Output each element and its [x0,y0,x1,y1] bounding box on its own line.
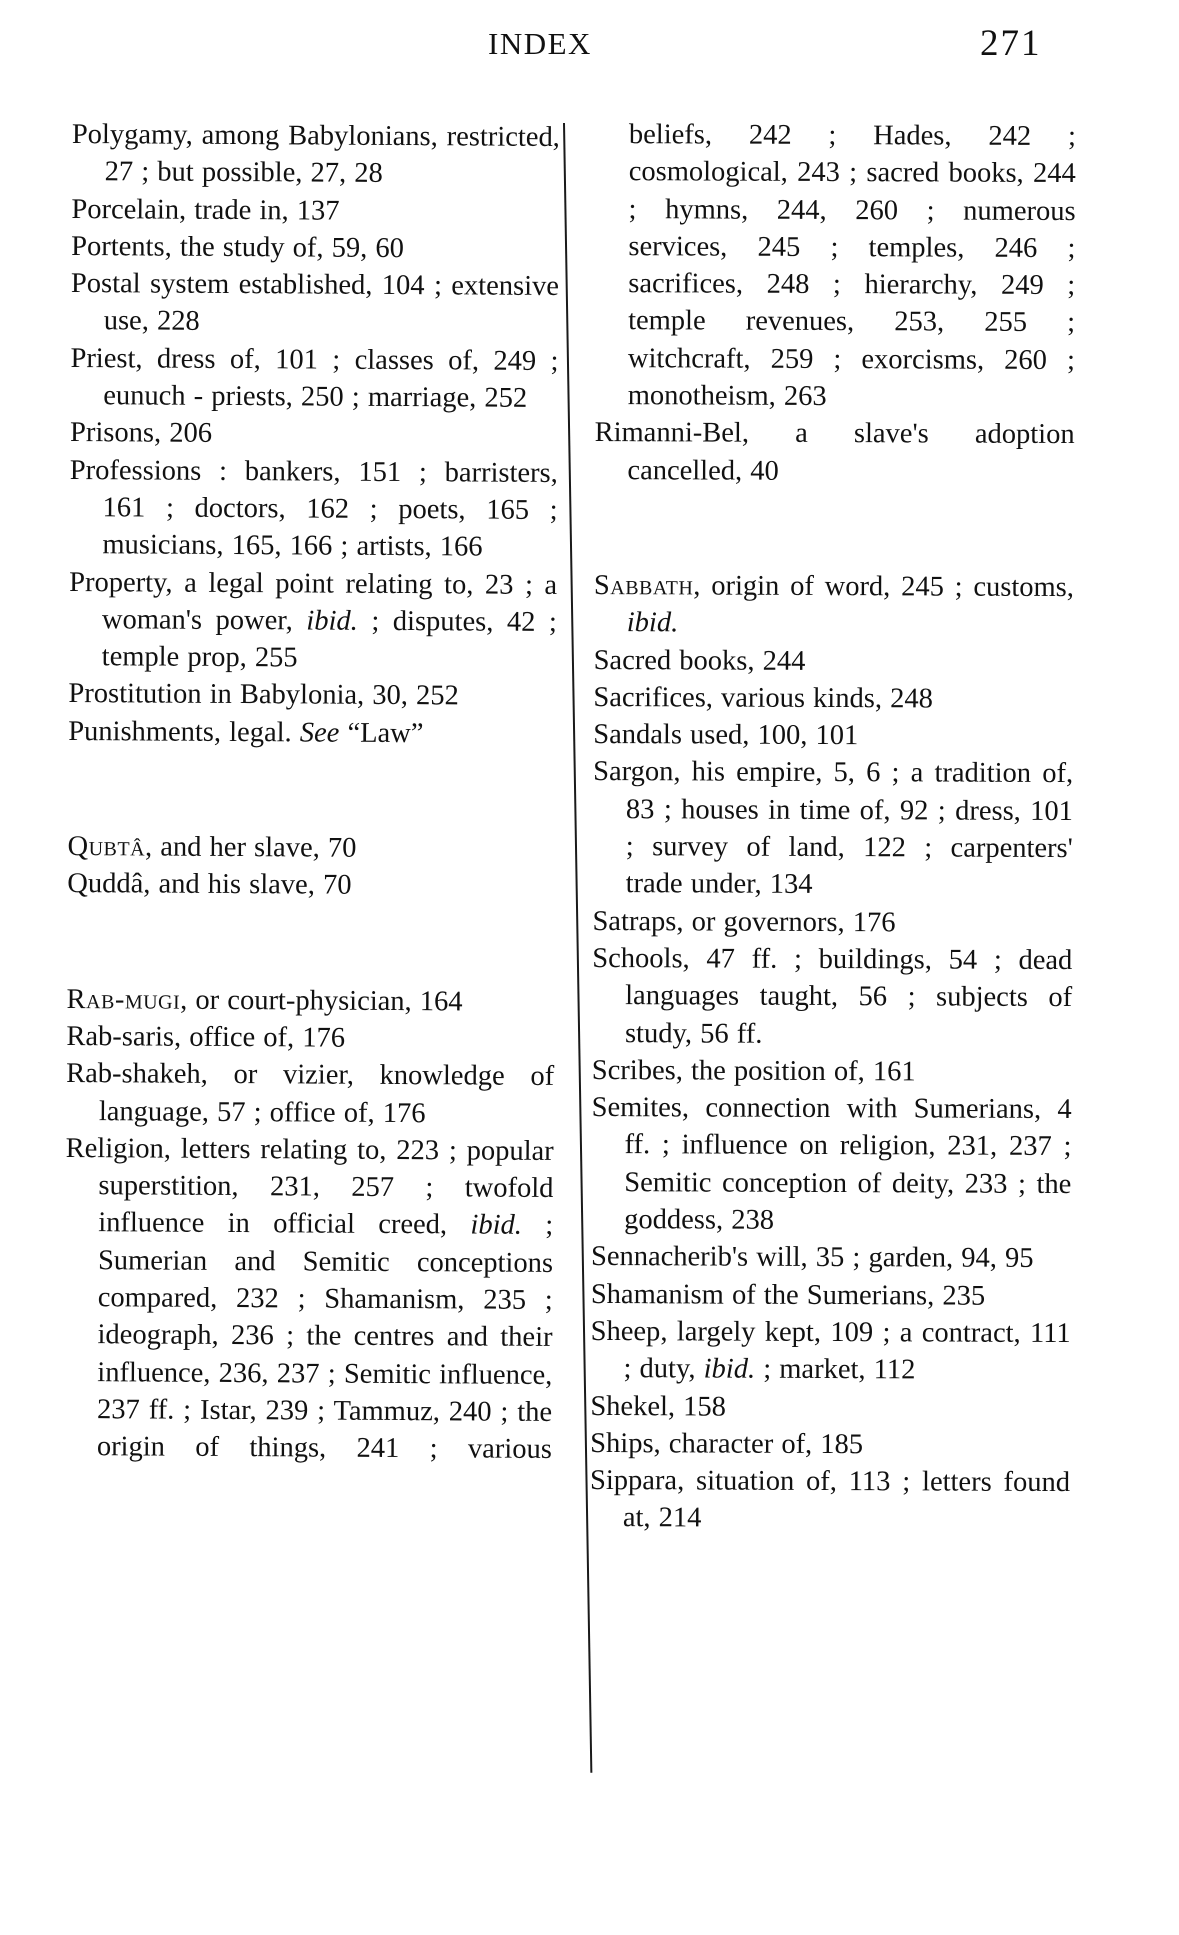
section-gap [68,750,556,831]
index-entry: Polygamy, among Babylonians, restricted,… [72,116,560,194]
see-italic: See [300,717,340,748]
running-head: INDEX [488,26,592,62]
ibid-italic: ibid. [470,1210,522,1241]
entry-text: , 47 ff. ; buildings, 54 ; dead language… [625,943,1072,1049]
index-entry: Sargon, his empire, 5, 6 ; a tradition o… [593,753,1074,904]
entry-text: , trade in, 137 [179,194,340,226]
entry-text: , the study of, 59, 60 [165,231,405,263]
entry-text: ; market, 112 [755,1354,915,1386]
entry-text: , his empire, 5, 6 ; a tradition of, 83 … [626,757,1074,900]
index-entry: Sippara, situation of, 113 ; letters fou… [590,1462,1070,1539]
section-gap [594,489,1074,569]
entry-head: Sacred [594,645,672,676]
entry-text: , or governors, 176 [676,906,895,938]
index-entry: Sheep, largely kept, 109 ; a contract, 1… [590,1313,1070,1390]
entry-head: Ships [590,1428,654,1459]
index-entry: Sennacherib's will, 35 ; garden, 94, 95 [591,1238,1071,1277]
entry-head: Schools [592,943,682,974]
entry-head: Sacrifices [593,682,705,713]
entry-head: Religion [66,1133,164,1165]
index-entry: Professions : bankers, 151 ; barristers,… [69,452,558,567]
index-entry: Rab-saris, office of, 176 [66,1018,554,1058]
page-header: INDEX 271 [0,22,1179,72]
index-entry: Prostitution in Babylonia, 30, 252 [68,675,556,715]
ibid-italic: ibid. [627,607,679,638]
entry-text: ; Sumerian and Semitic conceptions compa… [97,1210,554,1465]
index-entry: Sacrifices, various kinds, 248 [593,679,1073,718]
entry-text: , situation of, 113 ; letters found at, … [623,1465,1070,1533]
entry-text: , the position of, 161 [676,1055,916,1087]
entry-head: Rab-saris [66,1021,174,1053]
entry-head: Prisons [70,417,154,449]
entry-text: “Law” [339,717,423,749]
entry-head: Sargon [593,756,673,787]
index-entry-section-start: Sabbath, origin of word, 245 ; customs, … [594,567,1074,644]
entry-head: Prostitution [68,678,201,710]
index-entry: Shamanism of the Sumerians, 235 [591,1276,1071,1315]
entry-text: , origin of word, 245 ; customs, [693,570,1074,603]
entry-text: , dress of, 101 ; classes of, 249 ; eunu… [103,343,558,414]
entry-text: , character of, 185 [654,1428,864,1460]
entry-head: Property [69,567,166,599]
entry-head: Sandals [593,719,682,750]
index-entry: Shekel, 158 [590,1387,1070,1426]
index-entry-section-start: Qubtâ, and her slave, 70 [67,828,555,868]
entry-head: Shekel [590,1390,668,1421]
entry-head: Sennacherib's [591,1241,748,1273]
entry-text: books, 244 [671,645,805,677]
entry-head: Punishments [68,716,214,748]
entry-text: , and her slave, 70 [145,832,357,864]
ibid-italic: ibid. [704,1354,756,1385]
index-entry: Ships, character of, 185 [590,1425,1070,1464]
entry-text: used, 100, 101 [682,720,859,752]
entry-text: in Babylonia, 30, 252 [201,679,459,712]
entry-head: Satraps [592,906,676,937]
index-entry: Punishments, legal. See “Law” [68,713,556,753]
index-column-left: Polygamy, among Babylonians, restricted,… [64,116,560,1468]
entry-head: Rab-mugi [67,984,181,1016]
entry-text: will, 35 ; garden, 94, 95 [748,1242,1034,1274]
index-entry: Property, a legal point relating to, 23 … [69,564,558,679]
entry-text: system established, 104 ; extensive use,… [104,269,559,338]
index-entry-section-start: Rab-mugi, or court-physician, 164 [66,981,554,1021]
entry-head: Sippara [590,1465,677,1496]
entry-text: , legal. [214,717,300,749]
entry-text: , 206 [154,418,212,449]
entry-head: Semites [592,1092,682,1123]
index-entry: Priest, dress of, 101 ; classes of, 249 … [70,340,558,418]
entry-head: Porcelain [71,194,179,226]
index-entry: Scribes, the position of, 161 [592,1052,1072,1091]
index-column-right: beliefs, 242 ; Hades, 242 ; cosmological… [590,116,1076,1539]
index-entry: Prisons, 206 [70,414,558,454]
entry-head: Professions [70,455,202,487]
index-entry-continuation: beliefs, 242 ; Hades, 242 ; cosmological… [595,116,1076,416]
entry-text: beliefs, 242 ; Hades, 242 ; cosmological… [628,119,1076,412]
entry-head: Sheep [591,1316,661,1347]
entry-head: Scribes [592,1055,676,1086]
index-entry: Quddâ, and his slave, 70 [67,865,555,905]
entry-head: Shamanism [591,1279,724,1311]
index-entry: Sacred books, 244 [594,642,1074,681]
entry-head: Sabbath [594,570,694,601]
entry-text: , connection with Sumerians, 4 ff. ; inf… [624,1093,1072,1236]
entry-head: Postal [71,268,141,299]
entry-text: , various kinds, 248 [706,682,933,714]
entry-head: Priest [70,343,135,374]
ibid-italic: ibid. [306,605,358,636]
index-entry: Satraps, or governors, 176 [592,903,1072,942]
column-divider [563,123,592,1773]
entry-text: , 158 [668,1391,726,1422]
index-entry: Schools, 47 ff. ; buildings, 54 ; dead l… [592,940,1072,1054]
entry-head: Qubtâ [67,831,145,862]
section-gap [67,903,555,984]
index-entry: Portents, the study of, 59, 60 [71,228,559,268]
index-entry: Porcelain, trade in, 137 [71,191,559,231]
index-entry: Postal system established, 104 ; extensi… [71,265,559,343]
index-entry: Sandals used, 100, 101 [593,716,1073,755]
entry-head: Rab-shakeh [66,1058,201,1090]
entry-text: , office of, 176 [174,1022,345,1054]
entry-head: Rimanni-Bel [595,417,742,449]
index-entry: Semites, connection with Sumerians, 4 ff… [591,1089,1072,1240]
entry-text: , and his slave, 70 [143,869,351,901]
entry-text: , or court-physician, 164 [180,984,463,1017]
entry-head: Quddâ [67,868,143,899]
page-number: 271 [980,22,1042,65]
entry-head: Polygamy [72,119,186,151]
entry-text: of the Sumerians, 235 [724,1279,985,1311]
index-entry: Rab-shakeh, or vizier, knowledge of lang… [66,1055,554,1133]
entry-head: Portents [71,231,165,263]
index-entry: Rimanni-Bel, a slave's adoption cancelle… [594,414,1074,491]
index-entry: Religion, letters relating to, 223 ; pop… [64,1130,554,1469]
